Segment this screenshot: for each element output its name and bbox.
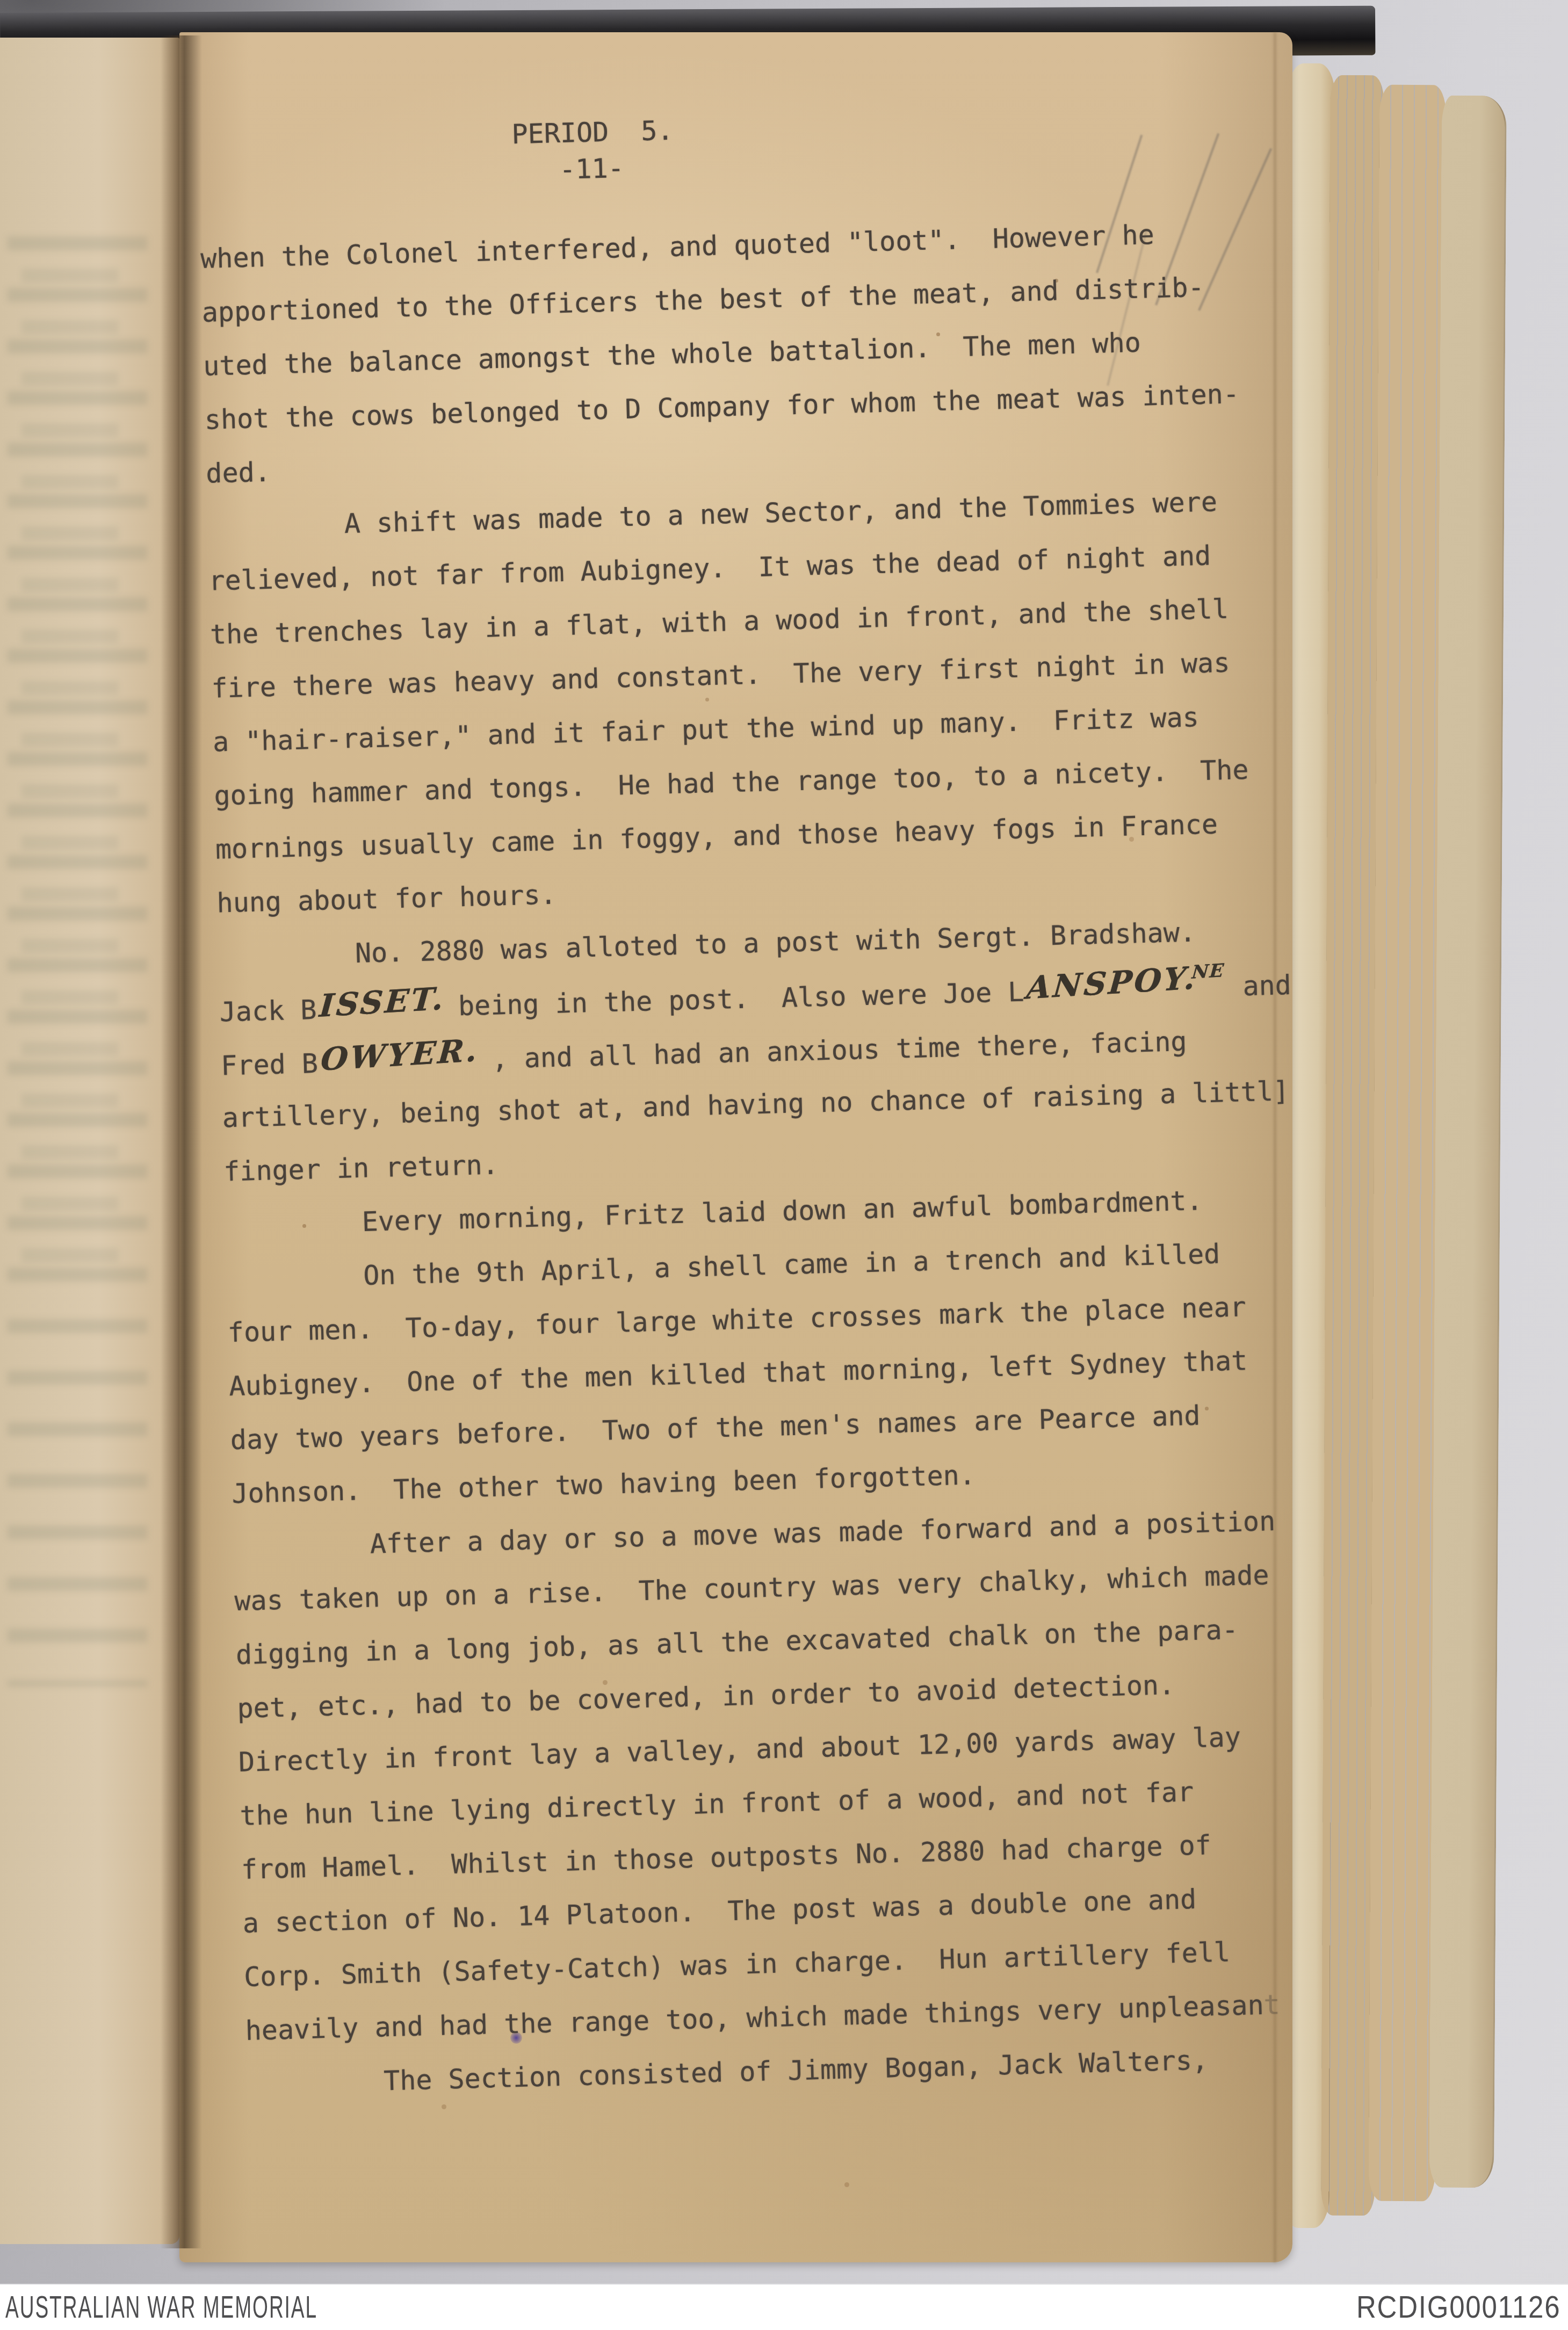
typed-text: Jack B: [219, 994, 317, 1028]
typed-text: Johnson. The other two having been forgo…: [232, 1459, 976, 1509]
paper-specks: [179, 32, 182, 35]
ink-bleed-through: [21, 269, 118, 1289]
attribution-bar: AUSTRALIAN WAR MEMORIAL RCDIG0001126: [0, 2284, 1568, 2330]
previous-page-sliver: [0, 38, 179, 2244]
page-edge-stack: [1429, 96, 1507, 2188]
typed-text: Fred B: [221, 1048, 319, 1082]
typed-text: being in the post. Also were Joe L: [442, 976, 1024, 1022]
typed-text: finger in return.: [223, 1149, 499, 1187]
typed-text: and: [1226, 969, 1292, 1002]
handwritten-name: ANSPOY.: [1024, 951, 1199, 1015]
typed-text: , and all had an anxious time there, fac…: [475, 1026, 1188, 1075]
handwritten-name: OWYER.: [319, 1023, 481, 1087]
book-gutter-shadow: [160, 35, 202, 2248]
typed-text: Every morning, Fritz laid down an awful …: [362, 1185, 1203, 1238]
archive-name: AUSTRALIAN WAR MEMORIAL: [5, 2285, 317, 2330]
page-number: -11-: [559, 153, 625, 185]
typed-text: hung about for hours.: [216, 879, 557, 919]
typed-text: On the 9th April, a shell came in a tren…: [363, 1239, 1220, 1291]
handwritten-name: NE: [1190, 944, 1227, 1000]
typed-text: The Section consisted of Jimmy Bogan, Ja…: [383, 2045, 1208, 2097]
typed-lines: when the Colonel interfered, and quoted …: [200, 204, 1375, 2111]
page-title: PERIOD 5.: [511, 115, 674, 150]
handwritten-name: ISSET.: [317, 972, 447, 1033]
typed-text: ded.: [206, 457, 271, 489]
scanned-document-page: PERIOD 5. -11- when the Colonel interfer…: [0, 0, 1568, 2330]
typed-text: t: [1263, 1989, 1281, 2021]
typescript-text: PERIOD 5. -11- when the Colonel interfer…: [200, 204, 1375, 2111]
reference-id: RCDIG0001126: [1356, 2285, 1560, 2330]
